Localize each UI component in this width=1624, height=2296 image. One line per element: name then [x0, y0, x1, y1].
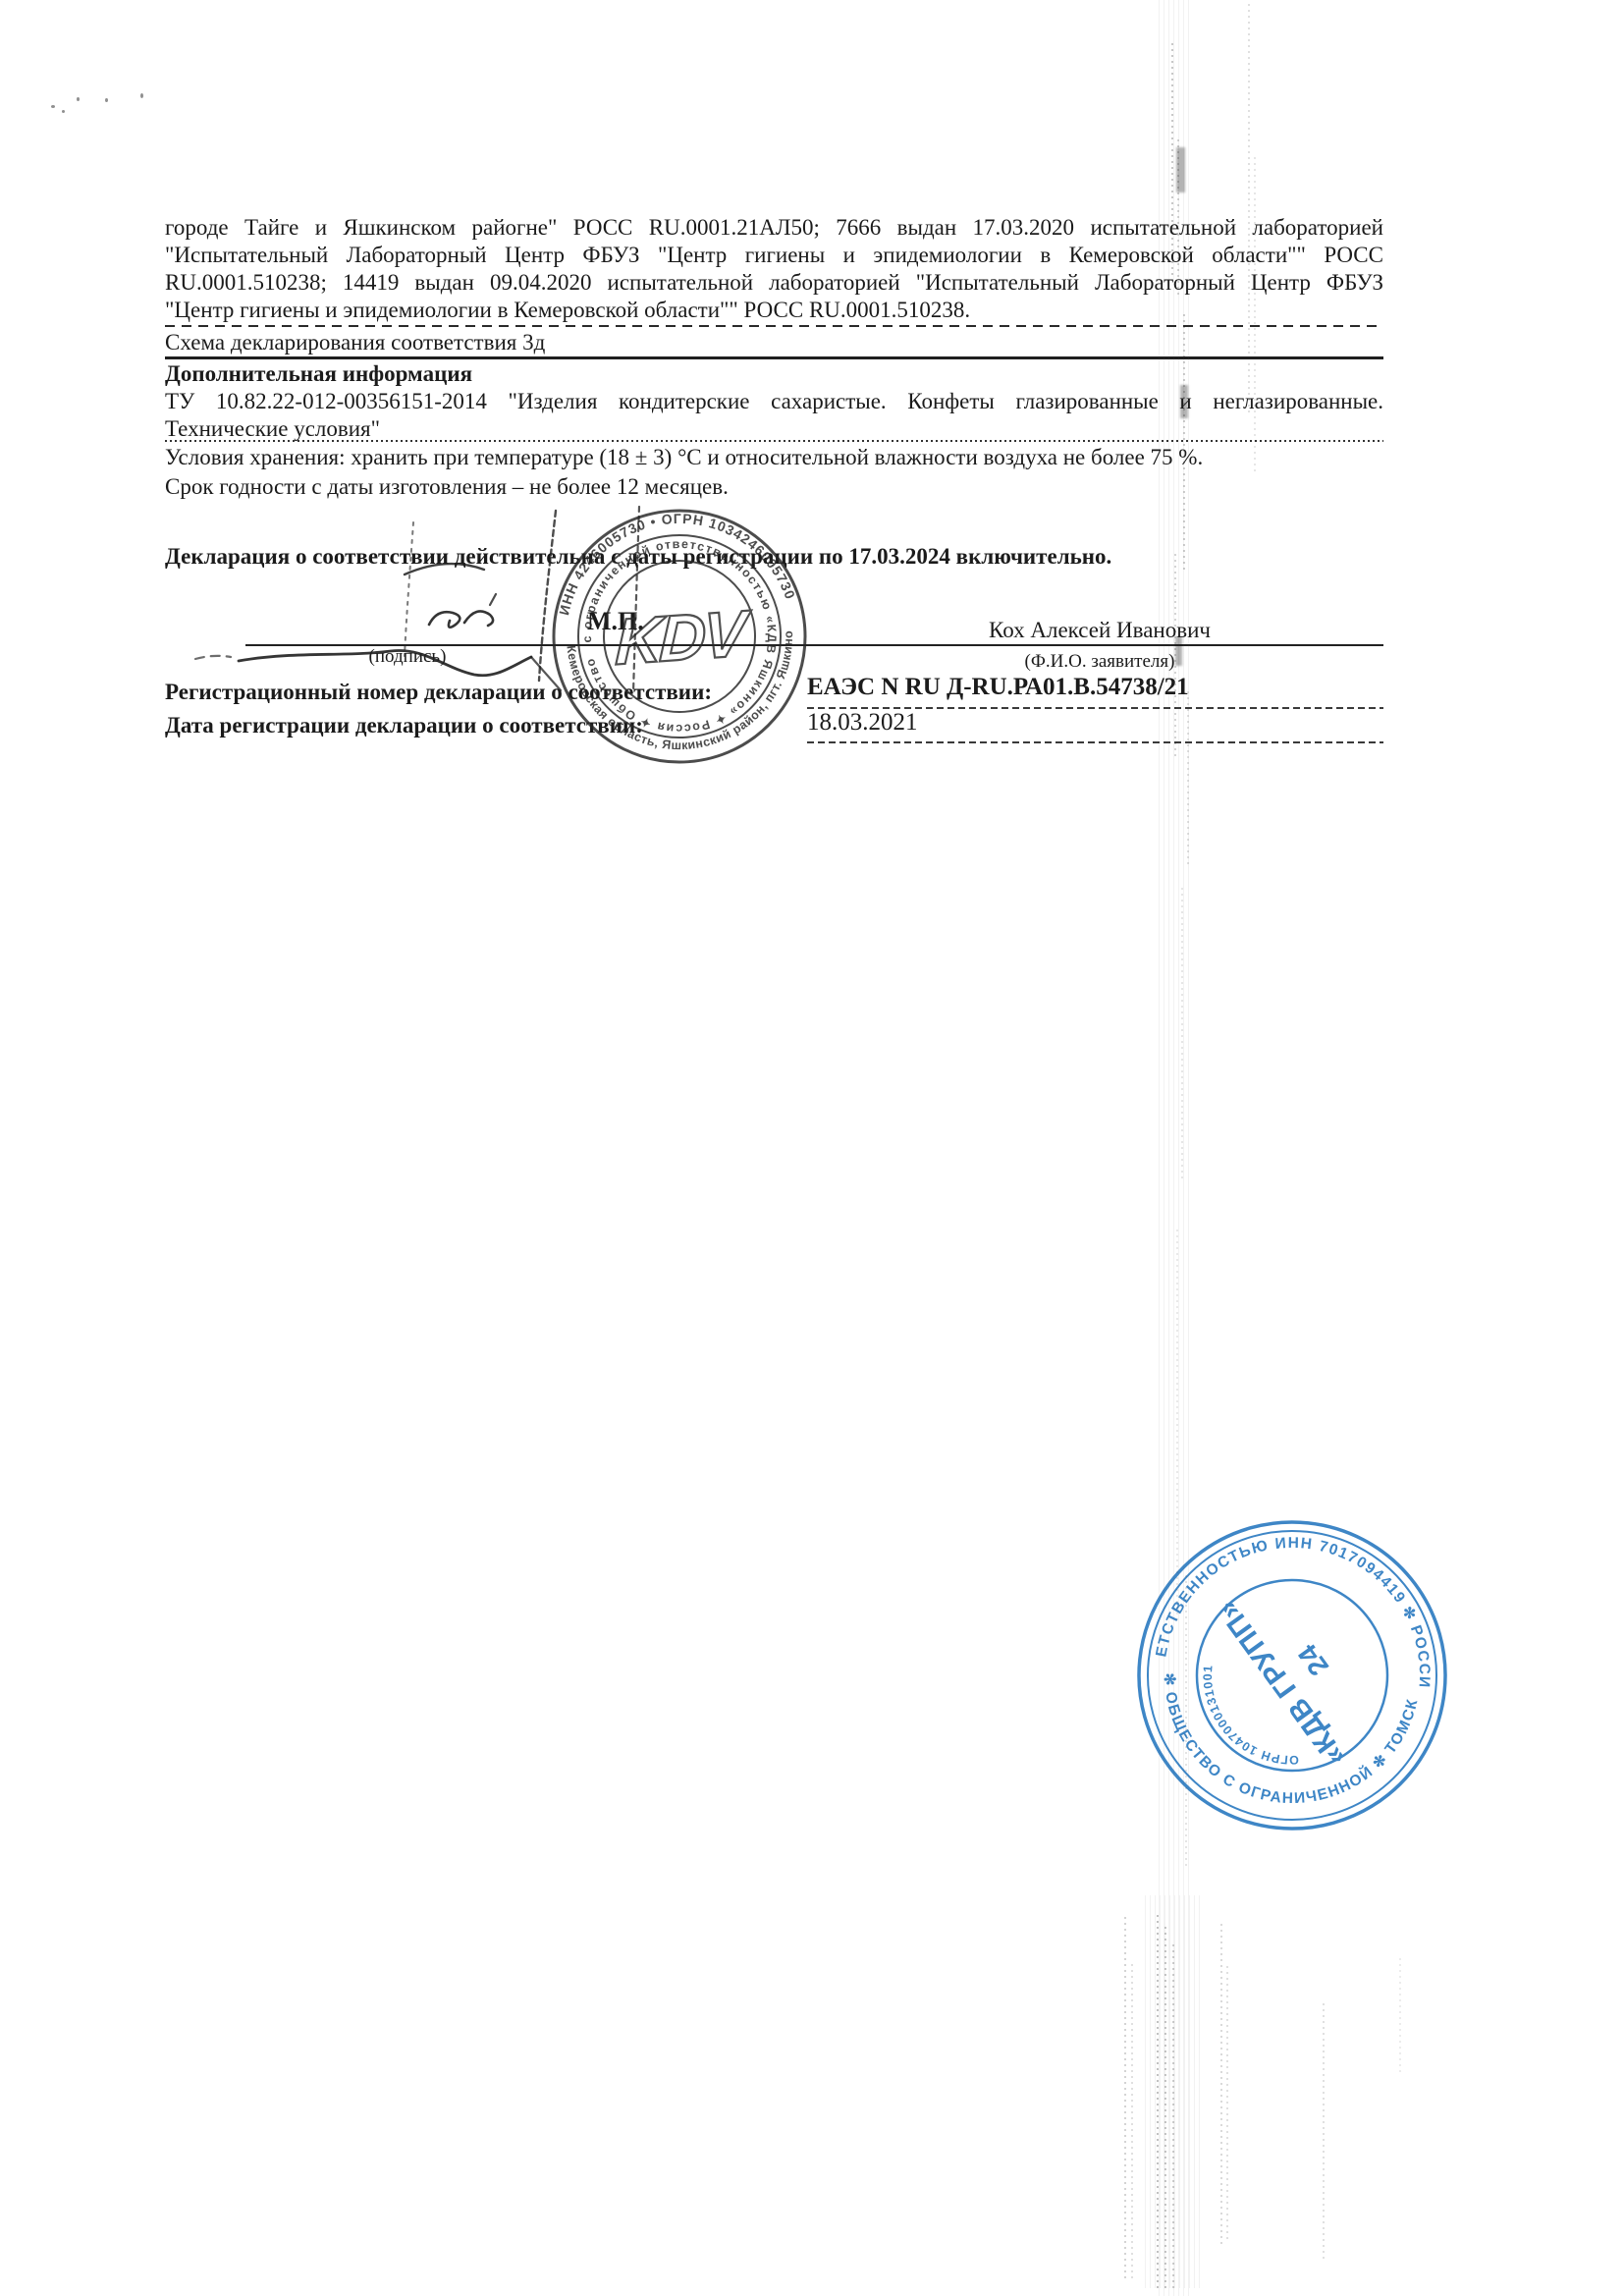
scan-smudge — [1176, 147, 1185, 192]
scan-streak — [1248, 0, 1250, 412]
scan-streak — [1399, 1954, 1401, 2072]
scan-streak — [1164, 1925, 1166, 2288]
applicant-name: Кох Алексей Иванович — [923, 618, 1276, 643]
scan-speck — [62, 110, 65, 113]
storage-conditions-line: Условия хранения: хранить при температур… — [165, 444, 1383, 470]
scan-streak — [1254, 157, 1256, 471]
body-text-line: "Испытательный Лабораторный Центр ФБУЗ "… — [165, 242, 1383, 268]
scan-streak — [1220, 1920, 1222, 2244]
scan-speck — [105, 98, 108, 102]
dotted-divider — [165, 440, 1383, 442]
scan-speck — [140, 93, 143, 98]
scan-streak — [1187, 687, 1189, 864]
blue-stamp-company-name: «КДВ ГРУПП» — [1212, 1594, 1353, 1772]
scan-streak — [1171, 39, 1173, 275]
scan-streak — [1183, 314, 1185, 570]
scan-streak — [1226, 1964, 1228, 2239]
body-text-line: RU.0001.510238; 14419 выдан 09.04.2020 и… — [165, 269, 1383, 296]
body-text-line: городе Тайге и Яшкинском райогне" РОСС R… — [165, 214, 1383, 241]
registration-number-value: ЕАЭС N RU Д-RU.РА01.В.54738/21 — [807, 674, 1189, 701]
scan-streak — [1124, 1915, 1126, 2278]
scan-speck — [77, 97, 80, 101]
scan-streak — [1172, 1944, 1174, 2288]
blue-stamp-number: 24 — [1291, 1638, 1334, 1681]
podpis-label: (подпись) — [324, 646, 491, 668]
scan-speck — [51, 105, 55, 108]
tu-standard-line: Технические условия" — [165, 415, 1383, 442]
scan-smudge — [1180, 385, 1188, 418]
scan-smudge — [1175, 636, 1182, 666]
registration-date-value: 18.03.2021 — [807, 709, 918, 737]
body-text-line: "Центр гигиены и эпидемиологии в Кемеров… — [165, 297, 1383, 323]
scheme-line: Схема декларирования соответствия 3д — [165, 329, 1383, 355]
solid-divider — [165, 356, 1383, 359]
scan-streak — [1323, 2003, 1325, 2259]
scan-streak — [1185, 1571, 1187, 1866]
scanned-declaration-page: городе Тайге и Яшкинском райогне" РОСС R… — [0, 0, 1624, 2296]
dashed-divider — [165, 325, 1383, 327]
scan-streak — [1181, 884, 1183, 1178]
kdv-logo: KDV — [615, 597, 752, 680]
scan-streak — [1131, 1964, 1133, 2278]
tu-standard-line: ТУ 10.82.22-012-00356151-2014 "Изделия к… — [165, 388, 1383, 414]
shelf-life-line: Срок годности с даты изготовления – не б… — [165, 473, 1383, 500]
registration-date-underline — [807, 741, 1383, 743]
additional-info-heading: Дополнительная информация — [165, 360, 1383, 387]
fio-label: (Ф.И.О. заявителя) — [923, 651, 1276, 673]
scan-streak — [1176, 1228, 1178, 1620]
black-round-stamp: ИНН 4246005730 • ОГРН 1034246005730 Кеме… — [541, 498, 818, 775]
scan-streak — [1157, 1915, 1159, 2288]
